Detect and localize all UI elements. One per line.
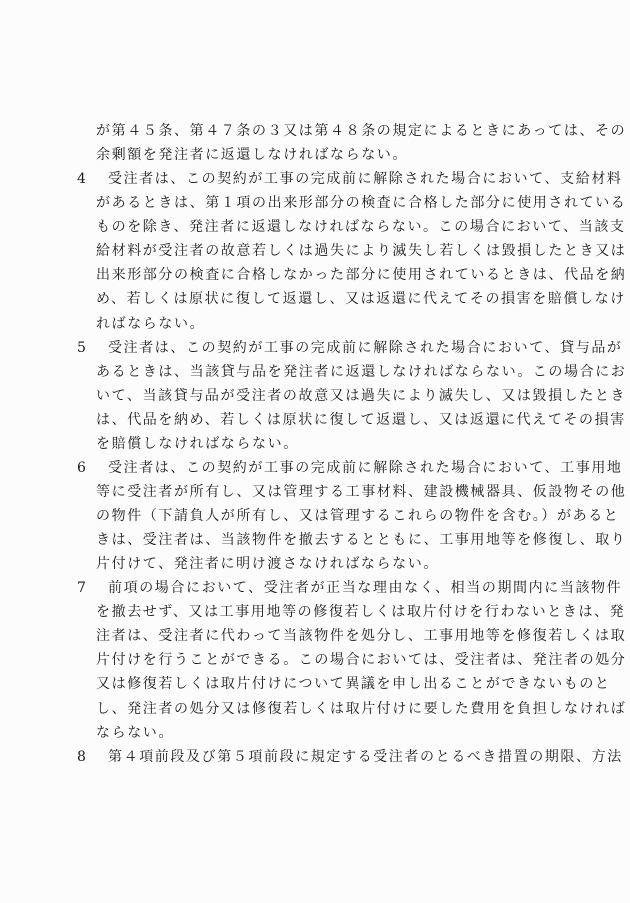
text-line: あるときは、当該貸与品を発注者に返還しなければならない。この場合にお	[77, 360, 569, 384]
text-line: いて、当該貸与品が受注者の故意又は過失により滅失し、又は毀損したとき	[77, 384, 569, 408]
paragraph-first-line: 5受注者は、この契約が工事の完成前に解除された場合において、貸与品が	[77, 336, 569, 360]
text-line: 受注者は、この契約が工事の完成前に解除された場合において、支給材料	[108, 171, 623, 187]
text-line: 片付けて、発注者に明け渡さなければならない。	[77, 552, 569, 576]
text-line: ならない。	[77, 721, 569, 745]
paragraph-number: 8	[77, 745, 96, 769]
text-line: が第４５条、第４７条の３又は第４８条の規定によるときにあっては、その	[77, 119, 569, 143]
text-line: 受注者は、この契約が工事の完成前に解除された場合において、工事用地	[108, 460, 623, 476]
text-line: 前項の場合において、受注者が正当な理由なく、相当の期間内に当該物件	[108, 580, 622, 596]
text-line: があるときは、第１項の出来形部分の検査に合格した部分に使用されている	[77, 191, 569, 215]
text-line: は、代品を納め、若しくは原状に復して返還し、又は返還に代えてその損害	[77, 408, 569, 432]
text-line: 又は修復若しくは取片付けについて異議を申し出ることができないものと	[77, 672, 569, 696]
text-line: 注者は、受注者に代わって当該物件を処分し、工事用地等を修復若しくは取	[77, 624, 569, 648]
paragraph-8: 8第４項前段及び第５項前段に規定する受注者のとるべき措置の期限、方法	[77, 745, 569, 769]
paragraph-5: 5受注者は、この契約が工事の完成前に解除された場合において、貸与品が あるときは…	[77, 336, 569, 456]
text-line: を撤去せず、又は工事用地等の修復若しくは取片付けを行わないときは、発	[77, 600, 569, 624]
text-line: め、若しくは原状に復して返還し、又は返還に代えてその損害を賠償しなけ	[77, 287, 569, 311]
text-line: きは、受注者は、当該物件を撤去するとともに、工事用地等を修復し、取り	[77, 528, 569, 552]
text-line: し、発注者の処分又は修復若しくは取片付けに要した費用を負担しなければ	[77, 697, 569, 721]
text-line: を賠償しなければならない。	[77, 432, 569, 456]
text-line: 等に受注者が所有し、又は管理する工事材料、建設機械器具、仮設物その他	[77, 480, 569, 504]
text-line: 余剰額を発注者に返還しなければならない。	[77, 143, 569, 167]
paragraph-first-line: 7前項の場合において、受注者が正当な理由なく、相当の期間内に当該物件	[77, 576, 569, 600]
paragraph-number: 5	[77, 336, 96, 360]
text-line: 給材料が受注者の故意若しくは過失により滅失し若しくは毀損したとき又は	[77, 239, 569, 263]
paragraph-continuation: が第４５条、第４７条の３又は第４８条の規定によるときにあっては、その 余剰額を発…	[77, 119, 569, 167]
paragraph-number: 4	[77, 167, 96, 191]
paragraph-4: 4受注者は、この契約が工事の完成前に解除された場合において、支給材料 があるとき…	[77, 167, 569, 335]
paragraph-7: 7前項の場合において、受注者が正当な理由なく、相当の期間内に当該物件 を撤去せず…	[77, 576, 569, 744]
text-line: 受注者は、この契約が工事の完成前に解除された場合において、貸与品が	[108, 340, 623, 356]
paragraph-6: 6受注者は、この契約が工事の完成前に解除された場合において、工事用地 等に受注者…	[77, 456, 569, 576]
text-line: 片付けを行うことができる。この場合においては、受注者は、発注者の処分	[77, 648, 569, 672]
paragraph-number: 6	[77, 456, 96, 480]
document-body: が第４５条、第４７条の３又は第４８条の規定によるときにあっては、その 余剰額を発…	[77, 119, 569, 769]
text-line: 第４項前段及び第５項前段に規定する受注者のとるべき措置の期限、方法	[108, 749, 623, 765]
paragraph-number: 7	[77, 576, 96, 600]
paragraph-first-line: 6受注者は、この契約が工事の完成前に解除された場合において、工事用地	[77, 456, 569, 480]
text-line: ればならない。	[77, 312, 569, 336]
document-page: が第４５条、第４７条の３又は第４８条の規定によるときにあっては、その 余剰額を発…	[0, 0, 630, 903]
paragraph-first-line: 8第４項前段及び第５項前段に規定する受注者のとるべき措置の期限、方法	[77, 745, 569, 769]
text-line: 出来形部分の検査に合格しなかった部分に使用されているときは、代品を納	[77, 263, 569, 287]
text-line: ものを除き、発注者に返還しなければならない。この場合において、当該支	[77, 215, 569, 239]
text-line: の物件（下請負人が所有し、又は管理するこれらの物件を含む。）があると	[77, 504, 569, 528]
paragraph-first-line: 4受注者は、この契約が工事の完成前に解除された場合において、支給材料	[77, 167, 569, 191]
